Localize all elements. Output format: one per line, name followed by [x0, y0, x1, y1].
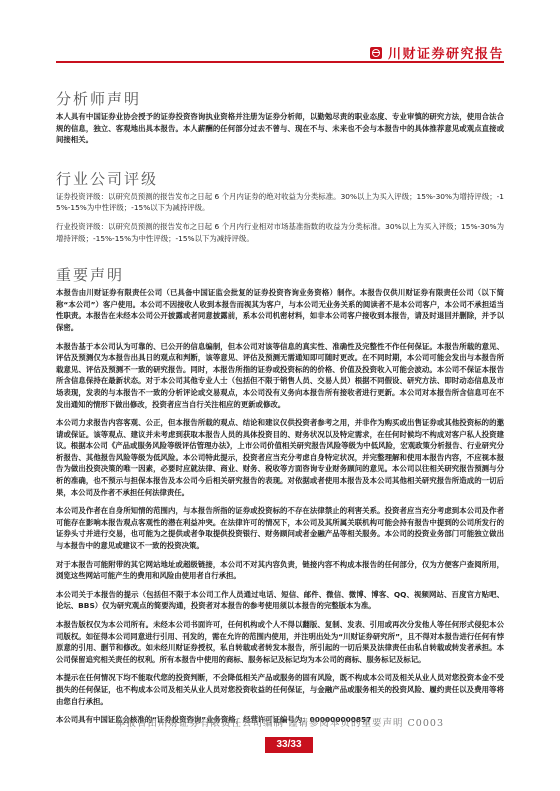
section-title: 行业公司评级 — [56, 168, 504, 189]
paragraph: 本公司力求报告内容客观、公正，但本报告所载的观点、结论和建议仅供投资者参考之用，… — [56, 417, 504, 498]
paragraph: 本公司关于本报告的提示（包括但不限于本公司工作人员通过电话、短信、邮件、微信、微… — [56, 589, 504, 612]
paragraph: 对于本报告可能附带的其它网站地址或超级链接，本公司不对其内容负责，链接内容不构成… — [56, 559, 504, 582]
paragraph: 本提示在任何情况下均不能取代您的投资判断，不会降低相关产品或服务的固有风险，既不… — [56, 672, 504, 707]
important-notice-section: 重要声明 本报告由川财证券有限责任公司（已具备中国证监会批复的证券投资咨询业务资… — [56, 264, 504, 726]
paragraph: 本报告由川财证券有限责任公司（已具备中国证监会批复的证券投资咨询业务资格）制作。… — [56, 287, 504, 333]
header-divider — [56, 61, 504, 63]
paragraph: 本报告基于本公司认为可靠的、已公开的信息编制，但本公司对该等信息的真实性、准确性… — [56, 341, 504, 411]
paragraph: 证券投资评级：以研究员预测的报告发布之日起 6 个月内证券的绝对收益为分类标准。… — [56, 191, 504, 214]
paragraph: 本人具有中国证券业协会授予的证券投资咨询执业资格并注册为证券分析师，以勤勉尽责的… — [56, 111, 504, 146]
footer-note: 本报告由川财证券有限责任公司编制 谨请参阅本页的重要声明 C0003 — [0, 715, 560, 729]
section-title: 分析师声明 — [56, 88, 504, 109]
rating-section: 行业公司评级 证券投资评级：以研究员预测的报告发布之日起 6 个月内证券的绝对收… — [56, 168, 504, 244]
chuancai-logo-icon — [370, 47, 382, 59]
paragraph: 行业投资评级：以研究员预测的报告发布之日起 6 个月内行业相对市场基准指数的收益… — [56, 221, 504, 244]
paragraph: 本公司及作者在自身所知情的范围内，与本报告所指的证券或投资标的不存在法律禁止的利… — [56, 505, 504, 551]
brand-name: 川财证券研究报告 — [388, 43, 504, 62]
brand: 川财证券研究报告 — [370, 43, 504, 62]
section-title: 重要声明 — [56, 264, 504, 285]
analyst-statement-section: 分析师声明 本人具有中国证券业协会授予的证券投资咨询执业资格并注册为证券分析师，… — [56, 88, 504, 146]
paragraph: 本报告版权仅为本公司所有。未经本公司书面许可，任何机构或个人不得以翻版、复制、发… — [56, 619, 504, 665]
document-body: 分析师声明 本人具有中国证券业协会授予的证券投资咨询执业资格并注册为证券分析师，… — [56, 88, 504, 744]
page-header: 川财证券研究报告 — [56, 38, 504, 63]
page-number-badge: 33/33 — [265, 737, 313, 753]
